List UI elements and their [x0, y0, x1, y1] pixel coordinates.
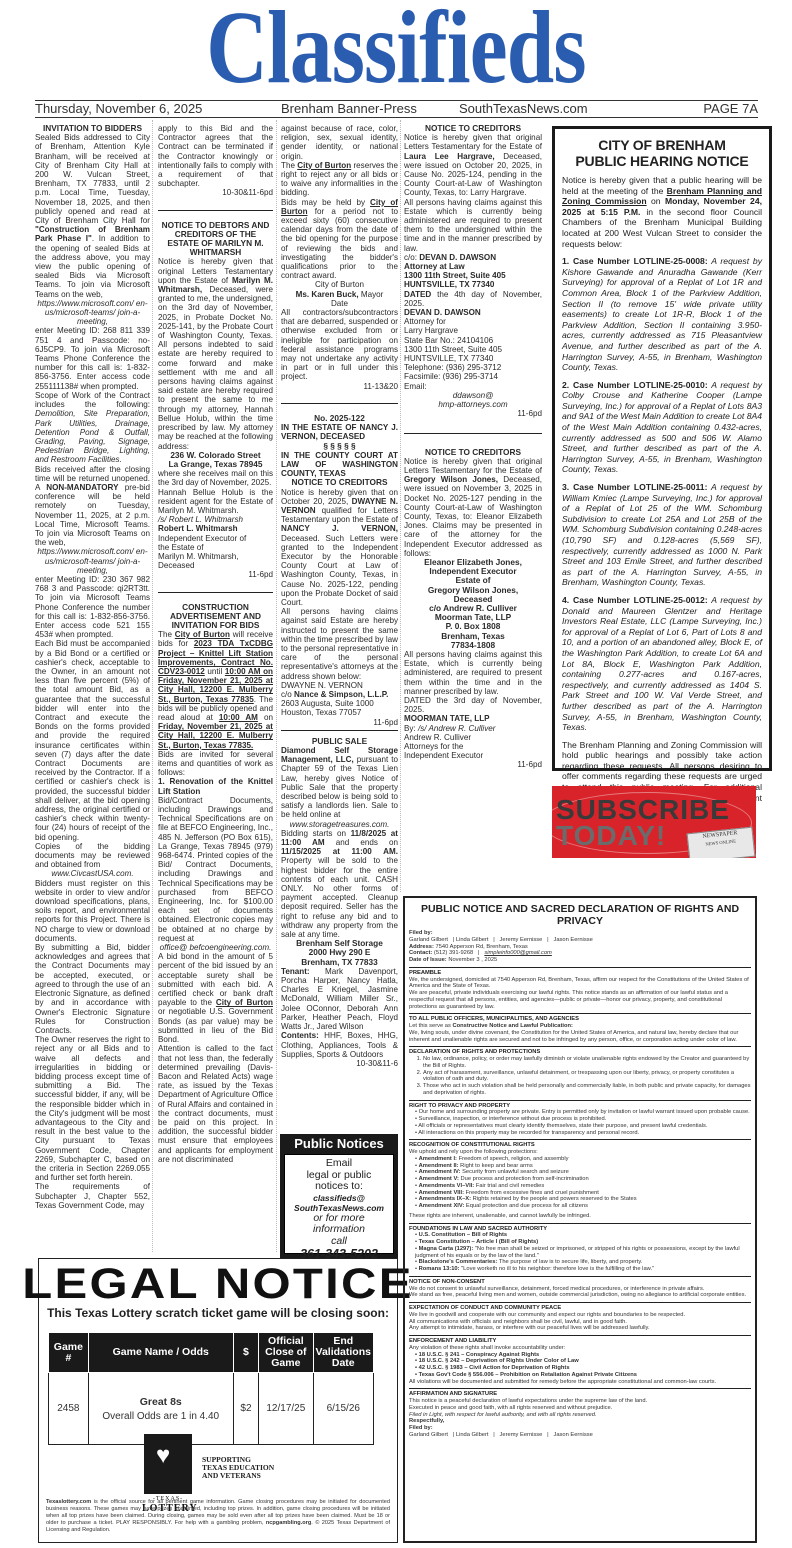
declaration-title: PUBLIC NOTICE AND SACRED DECLARATION OF …: [409, 903, 751, 927]
storagetreasures-link[interactable]: www.storagetreasures.com.: [281, 820, 398, 829]
legal-notice-title: LEGAL NOTICE: [14, 1263, 422, 1305]
hearing-case: 1. Case Number LOTLINE-25-0008: A reques…: [562, 256, 762, 373]
hearing-case: 3. Case Number LOTLINE-25-0011: A reques…: [562, 482, 762, 588]
divider: [281, 403, 398, 404]
texas-lottery-logo-icon: ♥: [144, 1434, 192, 1494]
column-4: NOTICE TO CREDITORS Notice is hereby giv…: [404, 124, 542, 770]
conduct-section: EXPECTATION OF CONDUCT AND COMMUNITY PEA…: [409, 1302, 751, 1332]
teams-link[interactable]: https://www.microsoft.com/ en-us/microso…: [35, 299, 150, 327]
divider: [158, 592, 273, 593]
construction-bids-notice: CONSTRUCTION ADVERTISEMENT AND INVITATIO…: [158, 603, 273, 1164]
vernon-estate-notice: No. 2025-122 IN THE ESTATE OF NANCY J. V…: [281, 414, 398, 727]
column-header: Game #: [49, 1333, 89, 1373]
dateline: Thursday, November 6, 2025 Brenham Banne…: [35, 100, 758, 118]
supporting-text: SUPPORTING TEXAS EDUCATION AND VETERANS: [202, 1456, 274, 1480]
divider: [158, 210, 273, 211]
column-header: End Validations Date: [313, 1333, 373, 1373]
ncpgambling-link[interactable]: ncpgambling.org: [266, 1520, 311, 1526]
run-dates: 11-6pd: [404, 409, 542, 418]
hearing-case: 2. Case Number LOTLINE-25-0010: A reques…: [562, 380, 762, 475]
enforcement-section: ENFORCEMENT AND LIABILITY Any violation …: [409, 1335, 751, 1385]
foundations-section: FOUNDATIONS IN LAW AND SACRED AUTHORITY …: [409, 1223, 751, 1273]
column-header: Game Name / Odds: [88, 1333, 233, 1373]
page-title: Classifieds: [71, 0, 720, 100]
subscribe-ad[interactable]: SUBSCRIBE TODAY! NEWSPAPER NEWS ONLINE: [552, 786, 756, 858]
public-hearing-notice: CITY OF BRENHAM PUBLIC HEARING NOTICE No…: [552, 126, 772, 771]
lottery-games-table: Game # Game Name / Odds $ Official Close…: [48, 1332, 374, 1445]
notice-heading: INVITATION TO BIDDERS: [35, 124, 150, 133]
texaslottery-link[interactable]: Texaslottery.com: [46, 1499, 91, 1505]
column-divider: [152, 120, 153, 1252]
public-notices-heading: Public Notices: [282, 1136, 396, 1152]
run-dates: 11-6pd: [404, 760, 542, 769]
civcast-link[interactable]: www.CivcastUSA.com.: [35, 869, 150, 878]
run-dates: 11-13&20: [281, 382, 398, 391]
public-notices-box: Public Notices Email legal or public not…: [280, 1134, 398, 1258]
column-2: apply to this Bid and the Contractor agr…: [158, 124, 273, 1164]
lottery-fine-print: Texaslottery.com is the official source …: [38, 1499, 398, 1534]
column-3: against because of race, color, religion…: [281, 124, 398, 1068]
run-dates: 10-30&11-6: [281, 1059, 398, 1068]
divider: [404, 433, 542, 434]
hearing-case: 4. Case Number LOTLINE-25-0012: A reques…: [562, 595, 762, 733]
declaration-of-rights-notice: PUBLIC NOTICE AND SACRED DECLARATION OF …: [403, 896, 757, 1543]
contact-email-link[interactable]: simpleinfo000@gmail.com: [484, 950, 552, 956]
preamble-section: PREAMBLE We, the undersigned, domiciled …: [409, 967, 751, 1011]
teams-link[interactable]: https://www.microsoft.com/ en-us/microso…: [35, 547, 150, 575]
recognition-section: RECOGNITION OF CONSTITUTIONAL RIGHTS We …: [409, 1139, 751, 1219]
run-dates: 11-6pd: [158, 570, 273, 579]
classifieds-email-link[interactable]: classifieds@: [285, 1193, 393, 1203]
page-number: PAGE 7A: [703, 101, 758, 117]
paper-name: Brenham Banner-Press: [281, 101, 417, 117]
affirmation-section: AFFIRMATION AND SIGNATURE This notice is…: [409, 1388, 751, 1438]
dawson-email-link[interactable]: ddawson@: [404, 391, 542, 400]
hargrave-creditors-notice: NOTICE TO CREDITORS Notice is hereby giv…: [404, 124, 542, 419]
table-row: 2458 Great 8sOverall Odds are 1 in 4.40 …: [49, 1373, 374, 1445]
issue-date: Thursday, November 6, 2025: [35, 101, 202, 117]
public-sale-notice: PUBLIC SALE Diamond Self Storage Managem…: [281, 737, 398, 1068]
befco-email-link[interactable]: office@ befcoengineering.com.: [158, 943, 273, 952]
declaration-section: DECLARATION OF RIGHTS AND PROTECTIONS No…: [409, 1046, 751, 1096]
run-dates: 10-30&11-6pd: [158, 188, 273, 197]
run-dates: 11-6pd: [281, 718, 398, 727]
legal-notice-subtitle: This Texas Lottery scratch ticket game w…: [39, 1306, 397, 1320]
column-divider: [276, 120, 277, 1252]
nonconsent-section: NOTICE OF NON-CONSENT We do not consent …: [409, 1276, 751, 1299]
divider: [281, 730, 398, 731]
privacy-section: RIGHT TO PRIVACY AND PROPERTY Our home a…: [409, 1100, 751, 1137]
website-link[interactable]: SouthTexasNews.com: [459, 101, 588, 117]
today-text: TODAY!: [556, 822, 666, 850]
dawson-email-link[interactable]: hmp-attorneys.com: [404, 400, 542, 409]
classifieds-email-link[interactable]: SouthTexasNews.com: [285, 1203, 393, 1213]
jones-creditors-notice: NOTICE TO CREDITORS Notice is hereby giv…: [404, 448, 542, 770]
invitation-to-bidders-notice: INVITATION TO BIDDERS Sealed Bids addres…: [35, 124, 150, 1210]
column-divider: [400, 120, 401, 892]
masthead: Classifieds: [0, 0, 792, 100]
column-header: Official Close of Game: [259, 1333, 313, 1373]
hearing-title: CITY OF BRENHAM PUBLIC HEARING NOTICE: [562, 137, 762, 169]
debtors-creditors-notice: NOTICE TO DEBTORS AND CREDITORS OF THE E…: [158, 221, 273, 580]
officers-section: TO ALL PUBLIC OFFICERS, MUNICIPALITIES, …: [409, 1013, 751, 1043]
column-header: $: [233, 1333, 258, 1373]
